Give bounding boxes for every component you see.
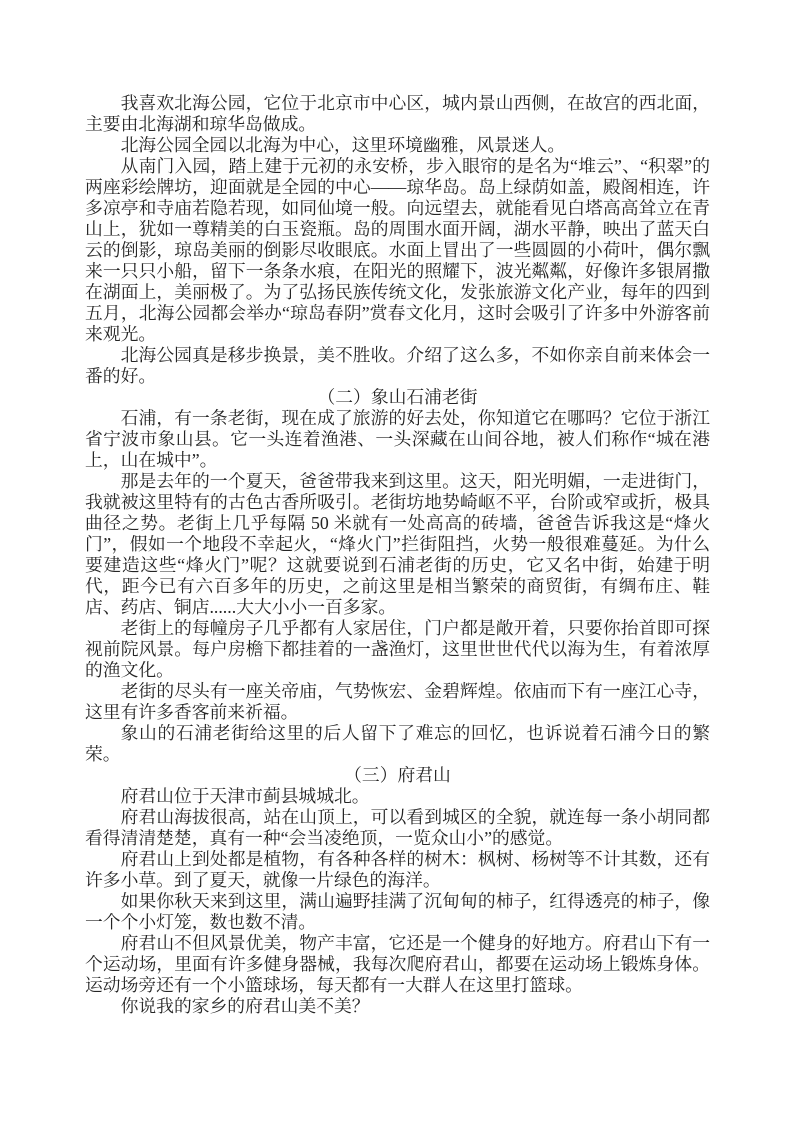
- document-page: 我喜欢北海公园，它位于北京市中心区，城内景山西侧，在故宫的西北面，主要由北海湖和…: [0, 0, 793, 1122]
- paragraph-beihai-tour: 从南门入园，踏上建于元初的永安桥，步入眼帘的是名为“堆云”、“积翠”的两座彩绘牌…: [85, 156, 710, 345]
- paragraph-fujunshan-location: 府君山位于天津市蓟县城城北。: [85, 786, 710, 807]
- paragraph-fujunshan-autumn: 如果你秋天来到这里，满山遍野挂满了沉甸甸的柿子，红得透亮的柿子，像一个个小灯笼，…: [85, 891, 710, 933]
- paragraph-beihai-intro: 我喜欢北海公园，它位于北京市中心区，城内景山西侧，在故宫的西北面，主要由北海湖和…: [85, 93, 710, 135]
- paragraph-fujunshan-question: 你说我的家乡的府君山美不美？: [85, 996, 710, 1017]
- paragraph-shipu-visit: 那是去年的一个夏天，爸爸带我来到这里。这天，阳光明媚，一走进街门，我就被这里特有…: [85, 471, 710, 618]
- section-heading-fujunshan: （三）府君山: [85, 765, 710, 786]
- document-body: 我喜欢北海公园，它位于北京市中心区，城内景山西侧，在故宫的西北面，主要由北海湖和…: [85, 93, 710, 1017]
- paragraph-shipu-location: 石浦，有一条老街，现在成了旅游的好去处，你知道它在哪吗？它位于浙江省宁波市象山县…: [85, 408, 710, 471]
- paragraph-fujunshan-view: 府君山海拔很高，站在山顶上，可以看到城区的全貌，就连每一条小胡同都看得清清楚楚，…: [85, 807, 710, 849]
- paragraph-fujunshan-fitness: 府君山不但风景优美，物产丰富，它还是一个健身的好地方。府君山下有一个运动场，里面…: [85, 933, 710, 996]
- paragraph-beihai-closing: 北海公园真是移步换景，美不胜收。介绍了这么多，不如你亲自前来体会一番的好。: [85, 345, 710, 387]
- paragraph-beihai-center: 北海公园全园以北海为中心，这里环境幽雅，风景迷人。: [85, 135, 710, 156]
- paragraph-shipu-houses: 老街上的每幢房子几乎都有人家居住，门户都是敞开着，只要你抬首即可探视前院风景。每…: [85, 618, 710, 681]
- section-heading-shipu: （二）象山石浦老街: [85, 387, 710, 408]
- paragraph-shipu-closing: 象山的石浦老街给这里的后人留下了难忘的回忆，也诉说着石浦今日的繁荣。: [85, 723, 710, 765]
- paragraph-fujunshan-plants: 府君山上到处都是植物，有各种各样的树木：枫树、杨树等不计其数，还有许多小草。到了…: [85, 849, 710, 891]
- paragraph-shipu-temple: 老街的尽头有一座关帝庙，气势恢宏、金碧辉煌。依庙而下有一座江心寺，这里有许多香客…: [85, 681, 710, 723]
